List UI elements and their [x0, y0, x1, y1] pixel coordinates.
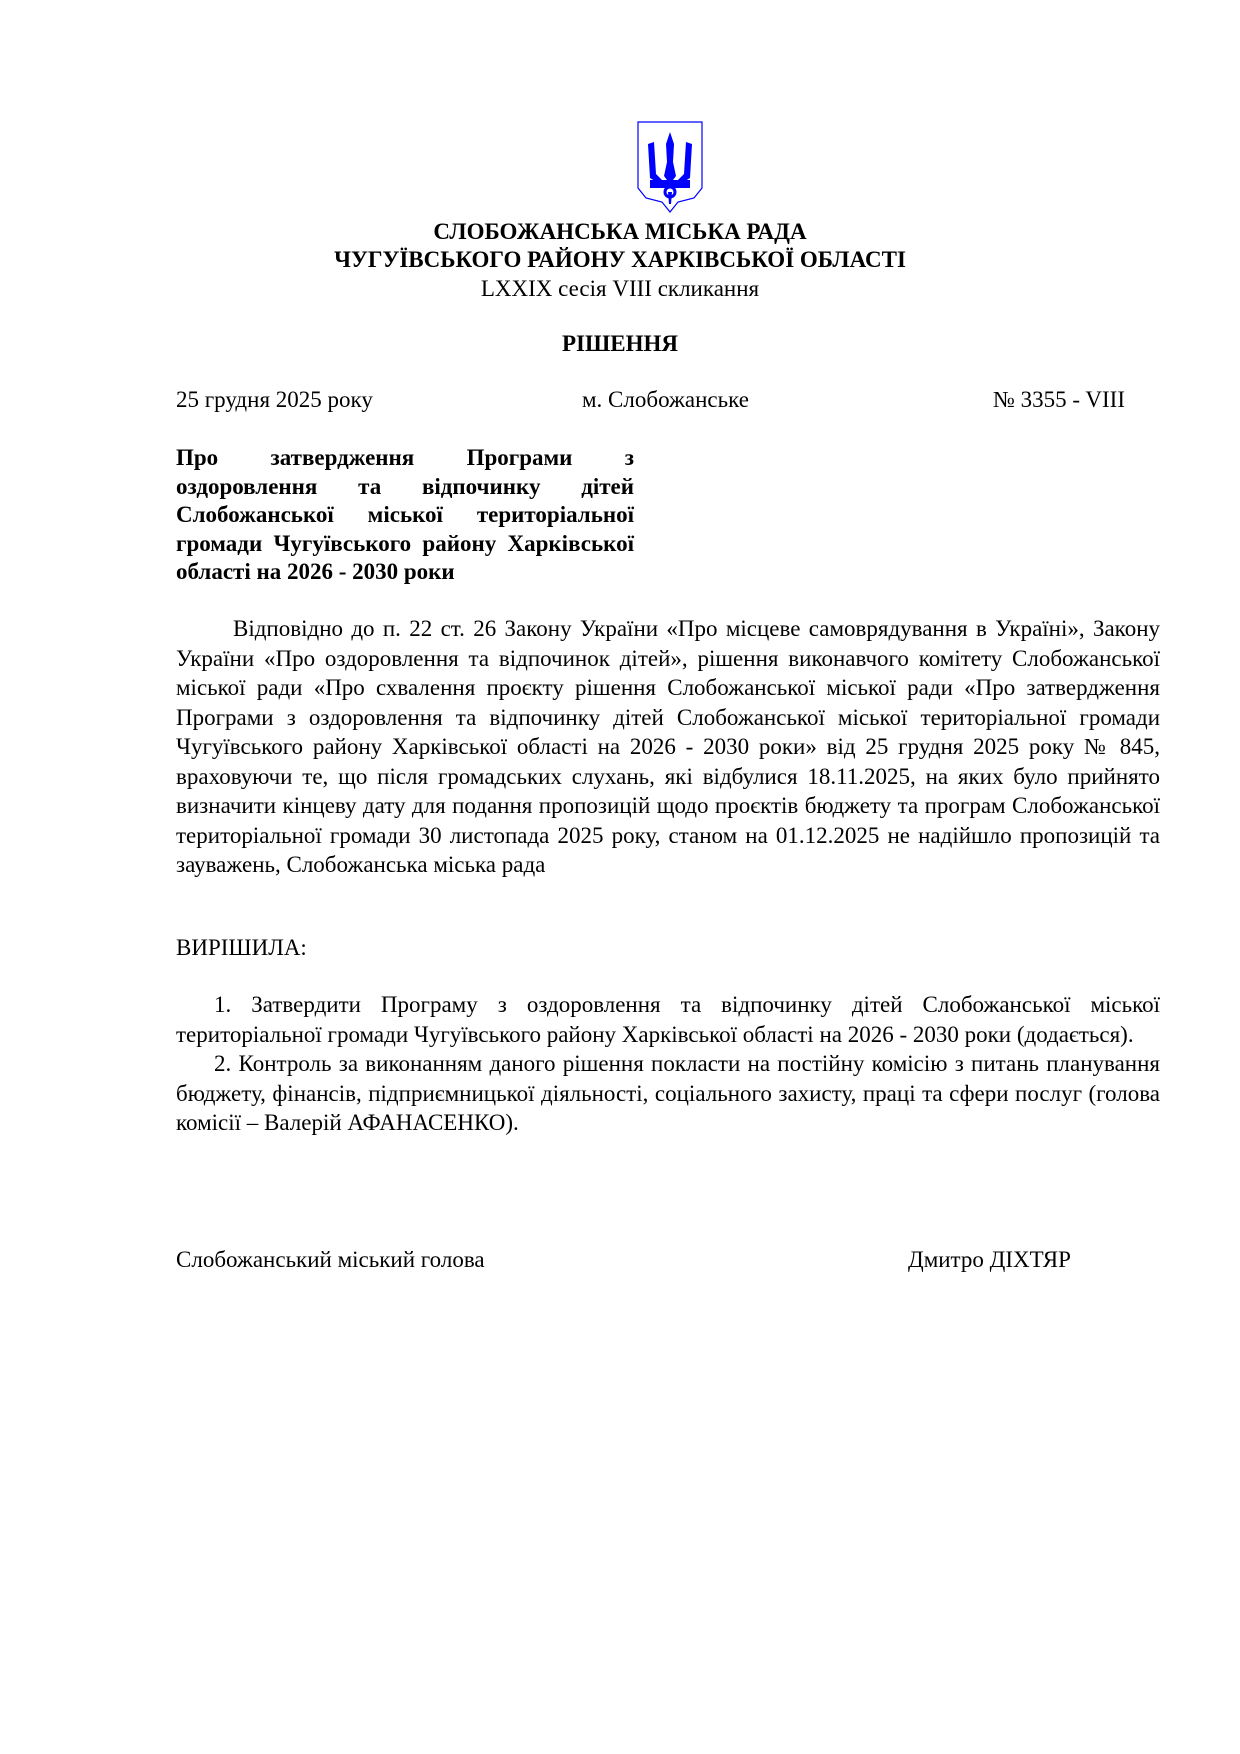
decision-item: 1. Затвердити Програму з оздоровлення та…	[176, 990, 1160, 1049]
document-place: м. Слобожанське	[582, 386, 749, 414]
document-type: РІШЕННЯ	[0, 330, 1240, 358]
decision-items: 1. Затвердити Програму з оздоровлення та…	[176, 990, 1160, 1138]
document-page: СЛОБОЖАНСЬКА МІСЬКА РАДА ЧУГУЇВСЬКОГО РА…	[0, 0, 1240, 1754]
session-line: LXXIX сесія VIII скликання	[0, 275, 1240, 303]
decision-item: 2. Контроль за виконанням даного рішення…	[176, 1049, 1160, 1138]
preamble-paragraph: Відповідно до п. 22 ст. 26 Закону Україн…	[176, 614, 1160, 880]
trident-coat-of-arms-icon	[636, 118, 704, 214]
council-name: СЛОБОЖАНСЬКА МІСЬКА РАДА	[0, 218, 1240, 246]
district-name: ЧУГУЇВСЬКОГО РАЙОНУ ХАРКІВСЬКОЇ ОБЛАСТІ	[0, 246, 1240, 274]
signature-name: Дмитро ДІХТЯР	[908, 1246, 1071, 1274]
document-subject: Про затвердження Програми з оздоровлення…	[176, 444, 634, 587]
document-number: № 3355 - VIII	[993, 386, 1125, 414]
document-date: 25 грудня 2025 року	[176, 386, 373, 414]
decided-label: ВИРІШИЛА:	[176, 934, 307, 962]
signature-role: Слобожанський міський голова	[176, 1246, 485, 1274]
